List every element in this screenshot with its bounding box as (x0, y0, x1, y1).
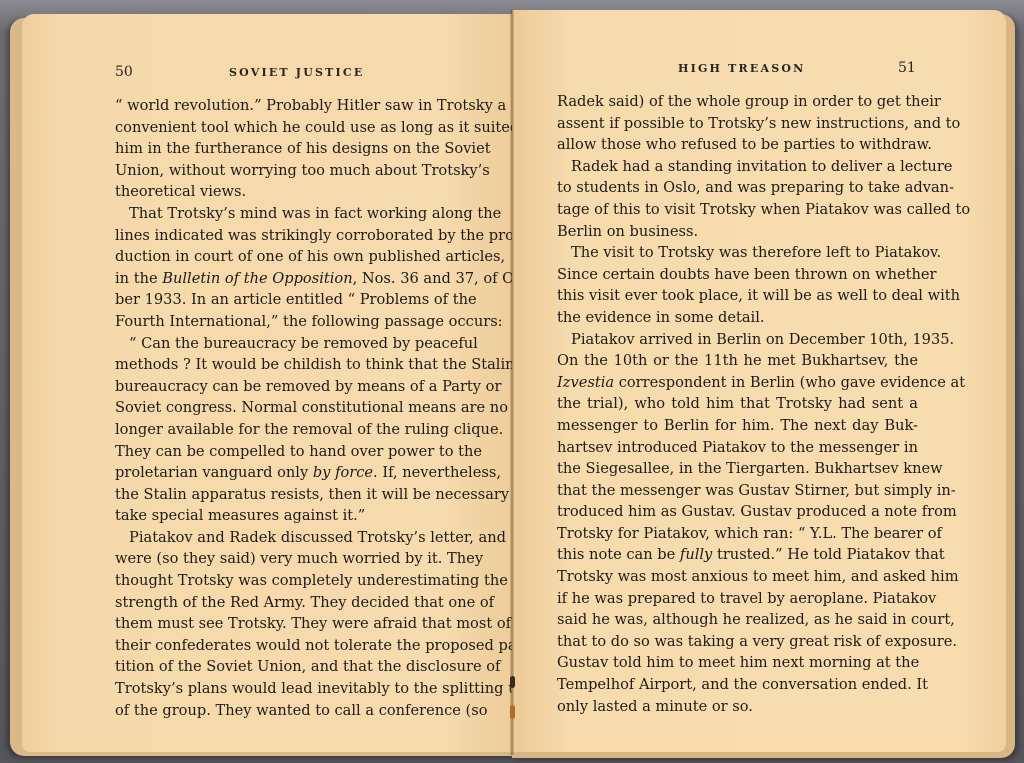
italic-title: fully (680, 546, 712, 563)
text-line: this visit ever took place, it will be a… (557, 285, 918, 307)
text-line: Radek had a standing invitation to deliv… (557, 156, 918, 178)
italic-title: Izvestia (557, 374, 614, 391)
text-line: duction in court of one of his own publi… (115, 246, 474, 268)
italic-title: Bulletin of the Opposition (162, 270, 352, 287)
text-line: the evidence in some detail. (557, 307, 918, 329)
text-line: tage of this to visit Trotsky when Piata… (557, 199, 918, 221)
text-line: That Trotsky’s mind was in fact working … (115, 203, 474, 225)
text-line: Radek said) of the whole group in order … (557, 91, 918, 113)
text-line: convenient tool which he could use as lo… (115, 117, 474, 139)
text-line: the Siegesallee, in the Tiergarten. Bukh… (557, 458, 918, 480)
text-line: him in the furtherance of his designs on… (115, 138, 474, 160)
running-head-right: HIGH TREASON (678, 62, 805, 80)
text-line: their confederates would not tolerate th… (115, 635, 474, 657)
text-line: only lasted a minute or so. (557, 696, 918, 718)
text-line: allow those who refused to be parties to… (557, 134, 918, 156)
text-line: On the 10th or the 11th he met Bukhartse… (557, 350, 918, 372)
text-line: the trial), who told him that Trotsky ha… (557, 393, 918, 415)
text-line: Trotsky’s plans would lead inevitably to… (115, 678, 474, 700)
text-line: The visit to Trotsky was therefore left … (557, 242, 918, 264)
text-line: Since certain doubts have been thrown on… (557, 264, 918, 286)
text-line: “ world revolution.” Probably Hitler saw… (115, 95, 474, 117)
text-line: strength of the Red Army. They decided t… (115, 592, 474, 614)
right-page: HIGH TREASON 51 Radek said) of the whole… (512, 10, 1006, 752)
text-line: to students in Oslo, and was preparing t… (557, 177, 918, 199)
text-line: ber 1933. In an article entitled “ Probl… (115, 289, 474, 311)
book-gutter (510, 10, 514, 755)
text-line: Piatakov arrived in Berlin on December 1… (557, 329, 918, 351)
page-number-left: 50 (115, 64, 133, 80)
text-line: assent if possible to Trotsky’s new inst… (557, 113, 918, 135)
text-line: thought Trotsky was completely underesti… (115, 570, 474, 592)
text-line: that the messenger was Gustav Stirner, b… (557, 480, 918, 502)
text-line: Union, without worrying too much about T… (115, 160, 474, 182)
text-line: Trotsky for Piatakov, which ran: “ Y.L. … (557, 523, 918, 545)
text-line: hartsev introduced Piatakov to the messe… (557, 437, 918, 459)
text-line: said he was, although he realized, as he… (557, 609, 918, 631)
gutter-stain (510, 676, 515, 688)
text-line: longer available for the removal of the … (115, 419, 474, 441)
text-line: theoretical views. (115, 181, 474, 203)
text-line: Soviet congress. Normal constitutional m… (115, 397, 474, 419)
text-line: lines indicated was strikingly corrobora… (115, 225, 474, 247)
page-number-right: 51 (898, 60, 916, 76)
text-line: this note can be fully trusted.” He told… (557, 544, 918, 566)
text-line: them must see Trotsky. They were afraid … (115, 613, 474, 635)
text-line: Gustav told him to meet him next morning… (557, 652, 918, 674)
italic-title: by force (313, 464, 373, 481)
text-line: They can be compelled to hand over power… (115, 441, 474, 463)
text-line: methods ? It would be childish to think … (115, 354, 474, 376)
text-line: Piatakov and Radek discussed Trotsky’s l… (115, 527, 474, 549)
text-line: take special measures against it.” (115, 505, 474, 527)
text-line: Trotsky was most anxious to meet him, an… (557, 566, 918, 588)
text-line: were (so they said) very much worried by… (115, 548, 474, 570)
text-line: Berlin on business. (557, 221, 918, 243)
text-line: the Stalin apparatus resists, then it wi… (115, 484, 474, 506)
text-line: in the Bulletin of the Opposition, Nos. … (115, 268, 474, 290)
left-page: 50 SOVIET JUSTICE “ world revolution.” P… (22, 14, 514, 752)
text-line: messenger to Berlin for him. The next da… (557, 415, 918, 437)
text-line: tition of the Soviet Union, and that the… (115, 656, 474, 678)
left-page-body: “ world revolution.” Probably Hitler saw… (115, 95, 474, 721)
gutter-stain (510, 705, 515, 719)
text-line: “ Can the bureaucracy be removed by peac… (115, 333, 474, 355)
running-head-left: SOVIET JUSTICE (229, 66, 364, 84)
text-line: Fourth International,” the following pas… (115, 311, 474, 333)
text-line: that to do so was taking a very great ri… (557, 631, 918, 653)
text-line: troduced him as Gustav. Gustav produced … (557, 501, 918, 523)
text-line: if he was prepared to travel by aeroplan… (557, 588, 918, 610)
text-line: Tempelhof Airport, and the conversation … (557, 674, 918, 696)
text-line: bureaucracy can be removed by means of a… (115, 376, 474, 398)
text-line: of the group. They wanted to call a conf… (115, 700, 474, 722)
text-line: Izvestia correspondent in Berlin (who ga… (557, 372, 918, 394)
text-line: proletarian vanguard only by force. If, … (115, 462, 474, 484)
right-page-body: Radek said) of the whole group in order … (557, 91, 918, 717)
